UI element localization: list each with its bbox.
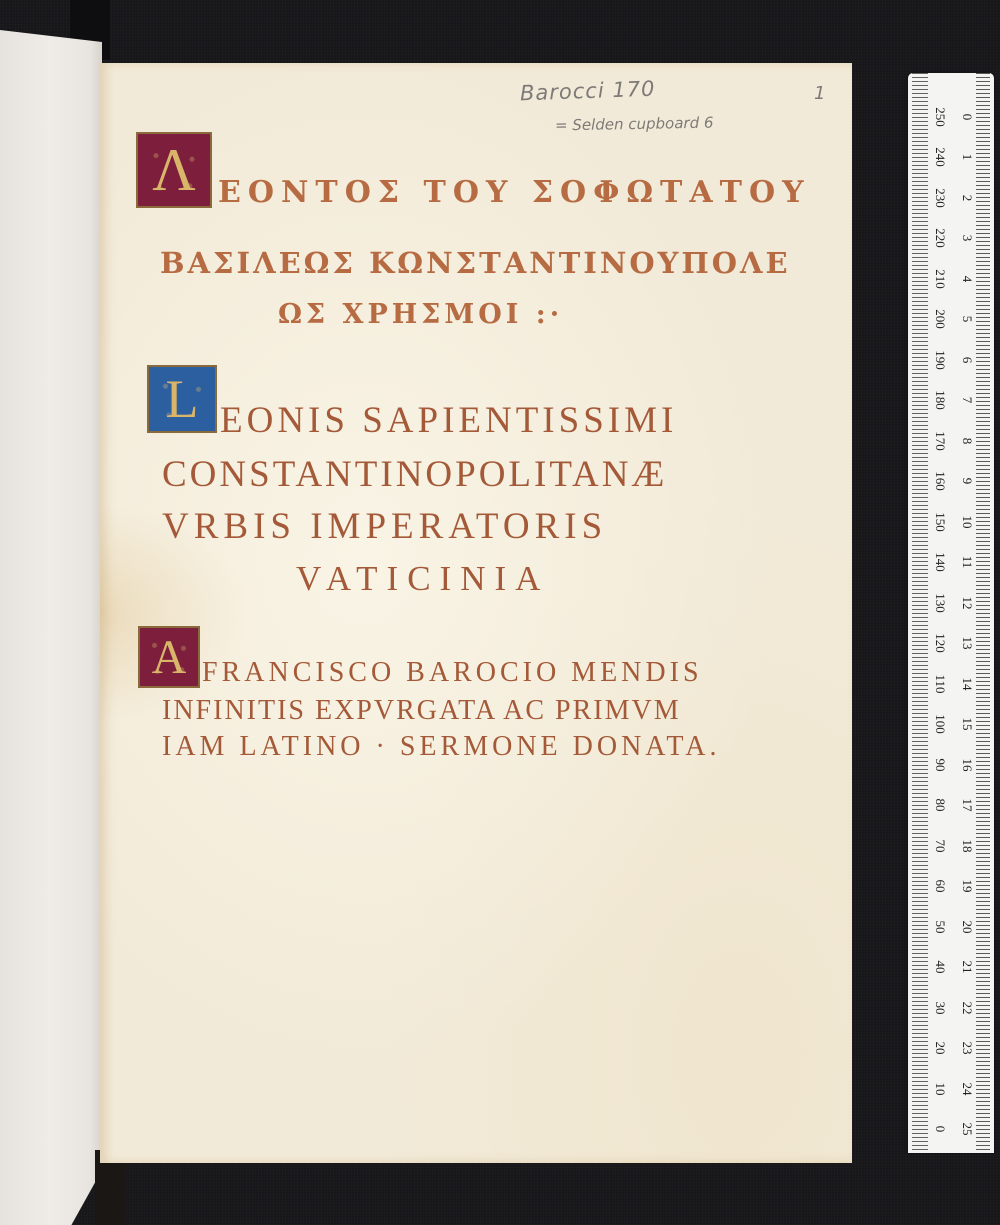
initial-letter: L [166,368,199,430]
ruler-cm-label: 16 [959,750,975,780]
ruler-mm-label: 250 [932,102,948,132]
ruler-cm-label: 1 [959,142,975,172]
ruler-mm-label: 50 [932,912,948,942]
initial-letter: Λ [152,136,196,205]
ruler-cm-label: 4 [959,264,975,294]
shelfmark-annotation: Barocci 170 [520,77,656,106]
ruler-mm-label: 100 [932,709,948,739]
ruler-cm-label: 9 [959,466,975,496]
ruler-mm-label: 10 [932,1074,948,1104]
ruler-cm-label: 8 [959,426,975,456]
ruler-mm-label: 70 [932,831,948,861]
ruler-mm-label: 150 [932,507,948,537]
ruler-mm-label: 200 [932,304,948,334]
ruler-cm-label: 14 [959,669,975,699]
latin-title-line-4: VATICINIA [296,559,549,599]
ruler-mm-label: 30 [932,993,948,1023]
latin-title-line-3: VRBIS IMPERATORIS [162,505,607,548]
latin-title-line-1: EONIS SAPIENTISSIMI [220,399,677,442]
ruler-cm-label: 19 [959,871,975,901]
ruler-cm-label: 12 [959,588,975,618]
folio-number: 1 [814,83,825,104]
facing-flyleaf [0,30,102,1225]
illuminated-initial-a: A [138,626,200,688]
greek-heading-line-2: ΒΑΣΙΛΕΩΣ ΚΩΝΣΤΑΝΤΙΝΟΥΠΟΛΕ [160,246,791,280]
ruler-cm-label: 23 [959,1033,975,1063]
ruler-cm-label: 10 [959,507,975,537]
ruler-mm-label: 0 [932,1114,948,1144]
illuminated-initial-l: L [147,365,217,433]
ruler-cm-label: 2 [959,183,975,213]
ruler-mm-label: 90 [932,750,948,780]
latin-subtitle-line-3: IAM LATINO · SERMONE DONATA. [162,731,721,763]
ruler-cm-label: 5 [959,304,975,334]
ruler-mm-label: 230 [932,183,948,213]
ruler-mm-label: 220 [932,223,948,253]
ruler-cm-label: 3 [959,223,975,253]
greek-heading-line-1: ΕΟΝΤΟΣ ΤΟΥ ΣΟΦΩΤΑΤΟΥ [218,175,811,210]
shelfmark-note: = Selden cupboard 6 [555,114,714,135]
ruler-mm-label: 160 [932,466,948,496]
ruler-mm-label: 240 [932,142,948,172]
scale-ruler: 0 1 2 3 4 5 6 7 8 9 10 11 12 13 14 15 16… [908,73,994,1153]
ruler-mm-label: 110 [932,669,948,699]
ruler-mm-label: 80 [932,790,948,820]
ruler-mm-label: 210 [932,264,948,294]
ruler-cm-label: 21 [959,952,975,982]
ruler-cm-label: 20 [959,912,975,942]
latin-subtitle-line-2: INFINITIS EXPVRGATA AC PRIMVM [162,695,681,727]
ruler-cm-label: 7 [959,385,975,415]
ruler-mm-label: 120 [932,628,948,658]
ruler-cm-label: 22 [959,993,975,1023]
ruler-mm-label: 20 [932,1033,948,1063]
latin-subtitle-line-1: FRANCISCO BAROCIO MENDIS [202,657,703,689]
ruler-cm-label: 25 [959,1114,975,1144]
ruler-mm-label: 190 [932,345,948,375]
ruler-mm-label: 140 [932,547,948,577]
ruler-cm-label: 18 [959,831,975,861]
ruler-mm-label: 180 [932,385,948,415]
ruler-cm-label: 13 [959,628,975,658]
ruler-mm-label: 170 [932,426,948,456]
initial-letter: A [152,630,187,685]
ruler-cm-label: 0 [959,102,975,132]
ruler-mm-label: 60 [932,871,948,901]
ruler-cm-label: 24 [959,1074,975,1104]
ruler-cm-label: 17 [959,790,975,820]
ruler-mm-label: 130 [932,588,948,618]
illuminated-initial-lambda: Λ [136,132,212,208]
ruler-cm-label: 6 [959,345,975,375]
ruler-mm-label: 40 [932,952,948,982]
greek-heading-line-3: ΩΣ ΧΡΗΣΜΟΙ :· [278,299,563,330]
latin-title-line-2: CONSTANTINOPOLITANÆ [162,453,667,496]
ruler-cm-label: 15 [959,709,975,739]
manuscript-folio: Barocci 170 = Selden cupboard 6 1 Λ ΕΟΝΤ… [100,63,852,1163]
ruler-cm-label: 11 [959,547,975,577]
